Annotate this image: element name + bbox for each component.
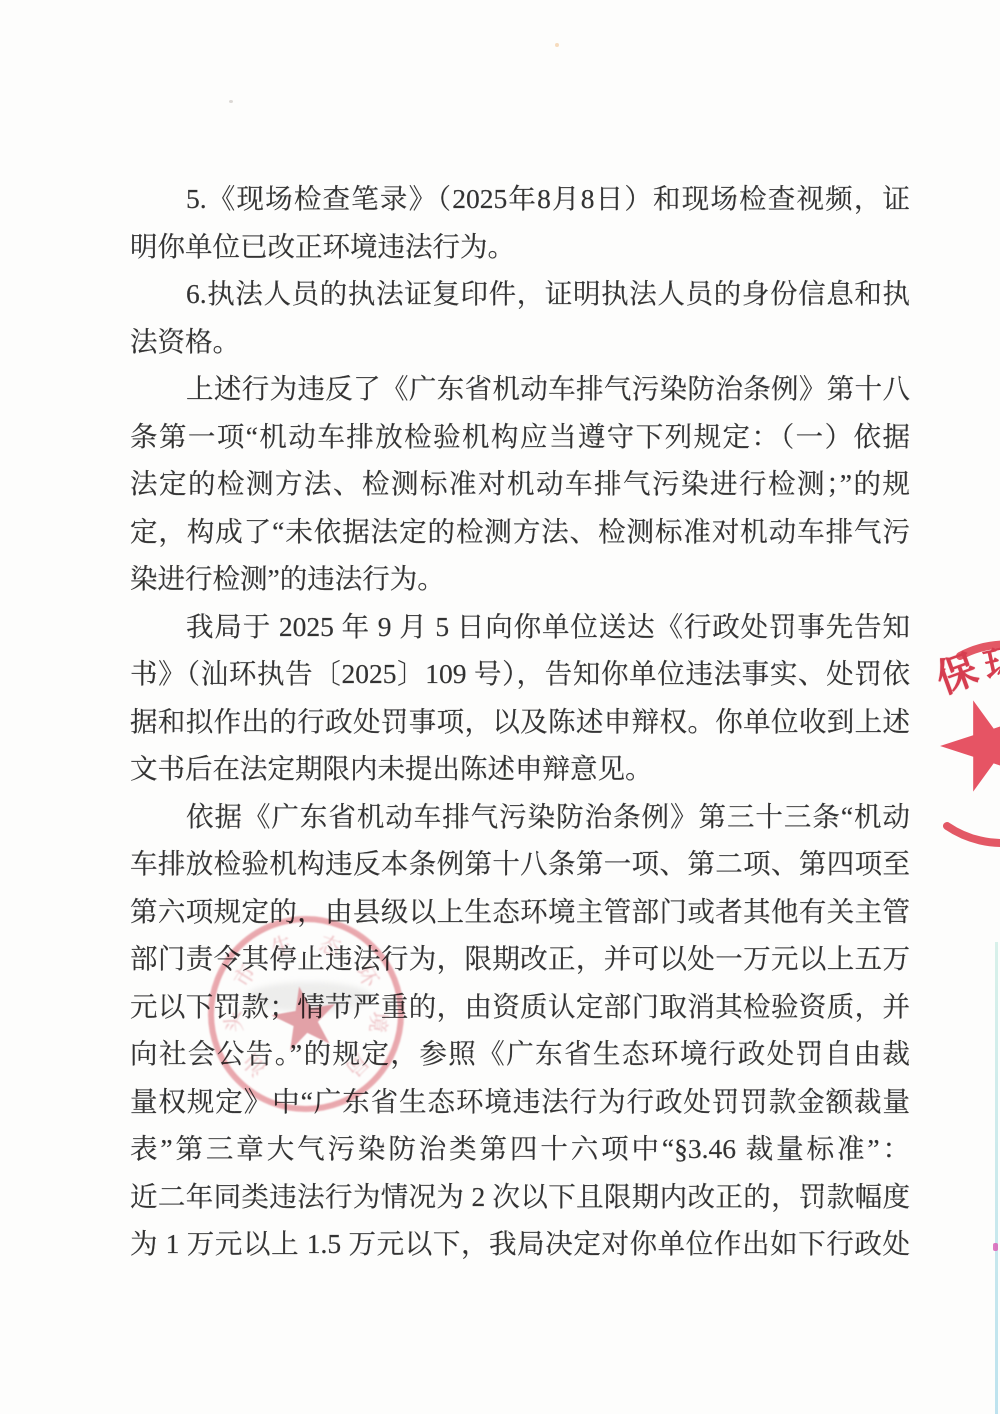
document-line: 表”第三章大气污染防治类第四十六项中“§3.46 裁量标准”：	[130, 1125, 910, 1173]
document-line: 我局于 2025 年 9 月 5 日向你单位送达《行政处罚事先告知	[130, 603, 910, 651]
document-line: 文书后在法定期限内未提出陈述申辩意见。	[130, 745, 910, 793]
document-line: 6.执法人员的执法证复印件，证明执法人员的身份信息和执	[130, 270, 910, 318]
document-line: 第六项规定的，由县级以上生态环境主管部门或者其他有关主管	[130, 888, 910, 936]
document-line: 据和拟作出的行政处罚事项，以及陈述申辩权。你单位收到上述	[130, 698, 910, 746]
document-line: 近二年同类违法行为情况为 2 次以下且限期内改正的，罚款幅度	[130, 1173, 910, 1221]
document-line: 定，构成了“未依据法定的检测方法、检测标准对机动车排气污	[130, 508, 910, 556]
document-line: 法资格。	[130, 318, 910, 366]
scan-edge-artifact	[995, 942, 998, 1414]
scan-speck	[229, 100, 233, 103]
document-line: 5.《现场检查笔录》（2025年8月8日）和现场检查视频，证	[130, 175, 910, 223]
seal-edge-char: 保	[931, 646, 987, 702]
document-line: 条第一项“机动车排放检验机构应当遵守下列规定：（一）依据	[130, 413, 910, 461]
scan-edge-dot	[993, 1243, 998, 1251]
document-text: 5.《现场检查笔录》（2025年8月8日）和现场检查视频，证明你单位已改正环境违…	[130, 175, 910, 1268]
document-line: 部门责令其停止违法行为，限期改正，并可以处一万元以上五万	[130, 935, 910, 983]
document-line: 量权规定》中“广东省生态环境违法行为行政处罚罚款金额裁量	[130, 1078, 910, 1126]
document-line: 车排放检验机构违反本条例第十八条第一项、第二项、第四项至	[130, 840, 910, 888]
document-line: 书》（汕环执告〔2025〕109 号），告知你单位违法事实、处罚依	[130, 650, 910, 698]
seal-edge-partial-char: 环	[980, 638, 1000, 690]
star-icon	[919, 677, 1000, 816]
document-line: 法定的检测方法、检测标准对机动车排气污染进行检测；”的规	[130, 460, 910, 508]
scanned-document-page: 5.《现场检查笔录》（2025年8月8日）和现场检查视频，证明你单位已改正环境违…	[0, 0, 1000, 1414]
document-line: 染进行检测”的违法行为。	[130, 555, 910, 603]
scan-speck	[555, 43, 559, 47]
document-line: 向社会公告。”的规定，参照《广东省生态环境行政处罚自由裁	[130, 1030, 910, 1078]
document-line: 依据《广东省机动车排气污染防治条例》第三十三条“机动	[130, 793, 910, 841]
document-line: 为 1 万元以上 1.5 万元以下，我局决定对你单位作出如下行政处	[130, 1220, 910, 1268]
document-line: 元以下罚款；情节严重的，由资质认定部门取消其检验资质，并	[130, 983, 910, 1031]
document-line: 明你单位已改正环境违法行为。	[130, 223, 910, 271]
document-line: 上述行为违反了《广东省机动车排气污染防治条例》第十八	[130, 365, 910, 413]
